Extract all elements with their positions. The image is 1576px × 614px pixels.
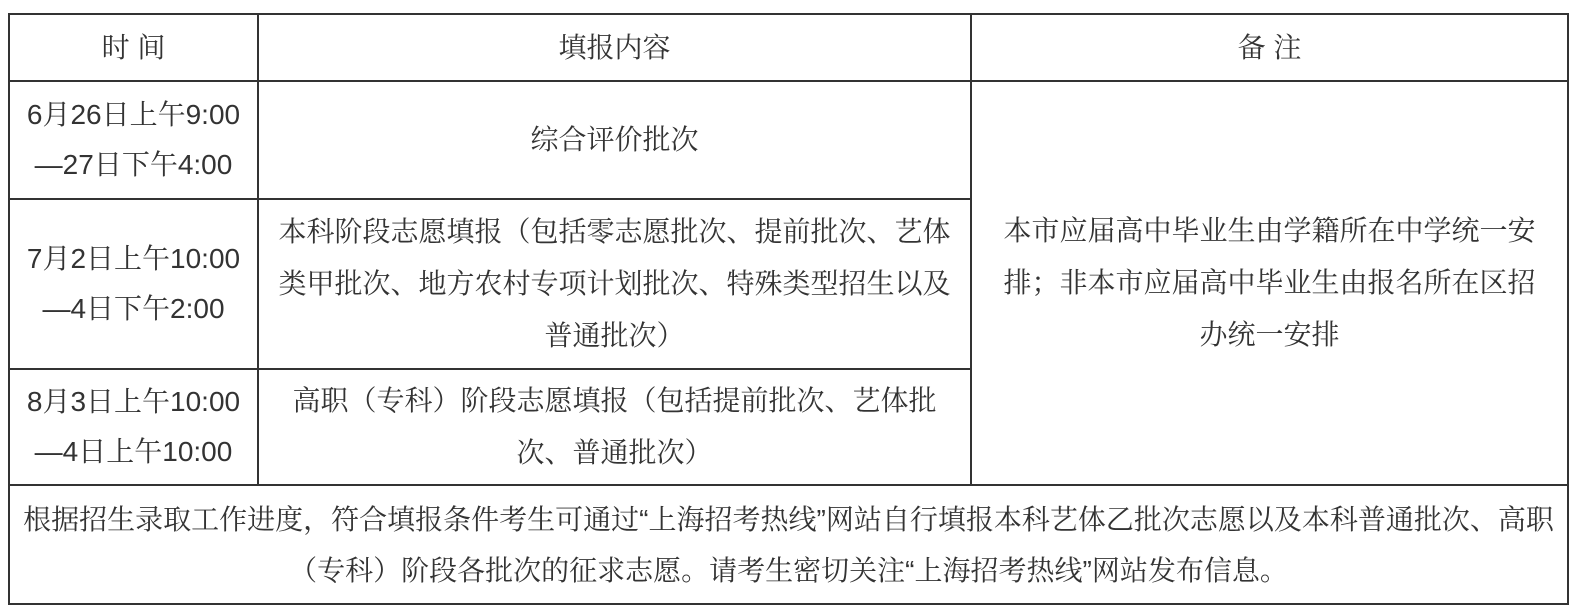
time-line-2: —4日上午10:00	[10, 427, 257, 477]
time-line-1: 8月3日上午10:00	[10, 377, 257, 427]
footer-note-cell: 根据招生录取工作进度，符合填报条件考生可通过“上海招考热线”网站自行填报本科艺体…	[9, 485, 1568, 604]
time-line-1: 7月2日上午10:00	[10, 234, 257, 284]
time-line-2: —4日下午2:00	[10, 284, 257, 334]
content-cell-3: 高职（专科）阶段志愿填报（包括提前批次、艺体批次、普通批次）	[258, 369, 971, 485]
time-cell-2: 7月2日上午10:00 —4日下午2:00	[9, 199, 258, 369]
content-cell-1: 综合评价批次	[258, 81, 971, 199]
table-footer-row: 根据招生录取工作进度，符合填报条件考生可通过“上海招考热线”网站自行填报本科艺体…	[9, 485, 1568, 604]
time-cell-1: 6月26日上午9:00 —27日下午4:00	[9, 81, 258, 199]
content-cell-2: 本科阶段志愿填报（包括零志愿批次、提前批次、艺体类甲批次、地方农村专项计划批次、…	[258, 199, 971, 369]
table-row-1: 6月26日上午9:00 —27日下午4:00 综合评价批次 本市应届高中毕业生由…	[9, 81, 1568, 199]
remark-cell: 本市应届高中毕业生由学籍所在中学统一安排；非本市应届高中毕业生由报名所在区招办统…	[971, 81, 1568, 485]
time-line-2: —27日下午4:00	[10, 140, 257, 190]
document-page: 时 间 填报内容 备 注 6月26日上午9:00 —27日下午4:00 综合评价…	[0, 0, 1576, 614]
header-remark: 备 注	[971, 14, 1568, 81]
schedule-table: 时 间 填报内容 备 注 6月26日上午9:00 —27日下午4:00 综合评价…	[8, 13, 1569, 605]
time-cell-3: 8月3日上午10:00 —4日上午10:00	[9, 369, 258, 485]
header-content: 填报内容	[258, 14, 971, 81]
table-header-row: 时 间 填报内容 备 注	[9, 14, 1568, 81]
time-line-1: 6月26日上午9:00	[10, 90, 257, 140]
header-time: 时 间	[9, 14, 258, 81]
